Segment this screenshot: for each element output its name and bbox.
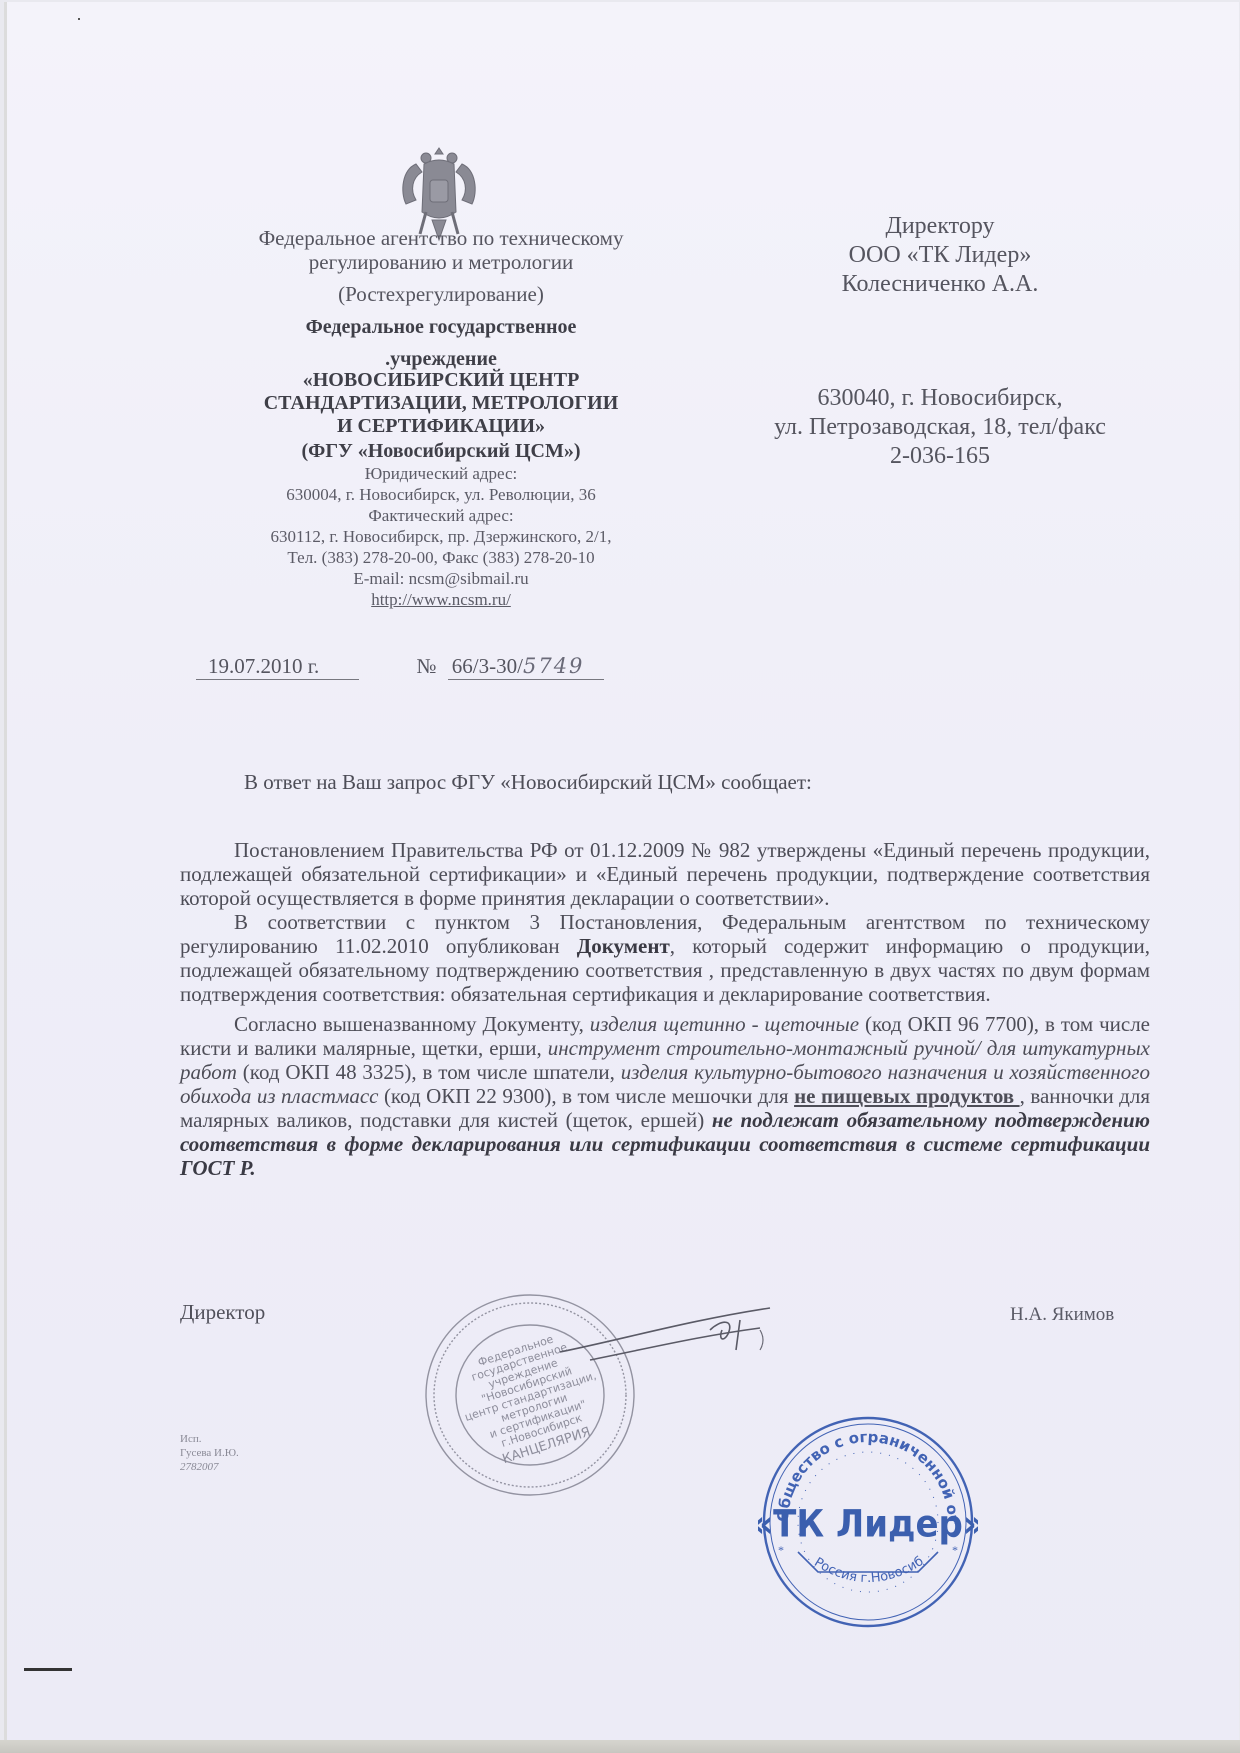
executor-name: Гусева И.Ю.	[180, 1446, 239, 1460]
registration-number-printed: 66/3-30/	[452, 654, 523, 678]
paragraph-1: Постановлением Правительства РФ от 01.12…	[180, 838, 1150, 910]
addressee-title: Директору	[760, 212, 1120, 241]
scan-speck	[78, 18, 80, 20]
org-name-3: И СЕРТИФИКАЦИИ»	[236, 415, 646, 438]
signatory-position: Директор	[180, 1300, 265, 1325]
paragraph-2: В соответствии с пунктом 3 Постановления…	[180, 910, 1150, 1006]
registration-date: 19.07.2010 г.	[196, 654, 359, 680]
org-short: (ФГУ «Новосибирский ЦСМ»)	[236, 440, 646, 463]
p3-non-food: не пищевых продуктов	[794, 1084, 1020, 1108]
agency-name-2: регулированию и метрологии	[236, 250, 646, 274]
letterhead: Федеральное агентство по техническому ре…	[236, 226, 646, 610]
addressee-address-3: 2-036-165	[720, 442, 1160, 471]
registration-number: 66/3-30/5749	[448, 654, 605, 680]
addressee-address-2: ул. Петрозаводская, 18, тел/факс	[720, 413, 1160, 442]
actual-address-label: Фактический адрес:	[236, 505, 646, 526]
document-term: Документ	[577, 934, 670, 958]
p3-text-a: Согласно вышеназванному Документу,	[234, 1012, 590, 1036]
org-name-2: СТАНДАРТИЗАЦИИ, МЕТРОЛОГИИ	[236, 392, 646, 415]
registration-line: 19.07.2010 г. № 66/3-30/5749	[196, 654, 604, 680]
p3-text-c: (код ОКП 48 3325), в том числе шпатели,	[237, 1060, 621, 1084]
addressee-name: Колесниченко А.А.	[760, 270, 1120, 299]
legal-address: 630004, г. Новосибирск, ул. Революции, 3…	[236, 484, 646, 505]
paragraph-3: Согласно вышеназванному Документу, издел…	[180, 1012, 1150, 1180]
registration-number-handwritten: 5749	[523, 654, 584, 678]
executor-label: Исп.	[180, 1432, 239, 1446]
executor-info: Исп. Гусева И.Ю. 2782007	[180, 1432, 239, 1474]
svg-text:*: *	[778, 1543, 784, 1557]
letter-body: Постановлением Правительства РФ от 01.12…	[180, 838, 1150, 1180]
footer-mark	[24, 1668, 72, 1671]
agency-name: Федеральное агентство по техническому	[236, 226, 646, 250]
actual-address: 630112, г. Новосибирск, пр. Дзержинского…	[236, 526, 646, 547]
page-edge	[0, 1740, 1240, 1753]
org-type: Федеральное государственное	[236, 316, 646, 339]
svg-text:«ТК Лидер»: «ТК Лидер»	[758, 1503, 978, 1546]
signature-icon	[560, 1300, 780, 1370]
svg-text:*: *	[952, 1543, 958, 1557]
addressee-address-1: 630040, г. Новосибирск,	[720, 384, 1160, 413]
phone-fax: Тел. (383) 278-20-00, Факс (383) 278-20-…	[236, 547, 646, 568]
executor-phone: 2782007	[180, 1460, 239, 1474]
p3-item-brushes: изделия щетинно - щеточные	[590, 1012, 859, 1036]
website-link[interactable]: http://www.ncsm.ru/	[236, 589, 646, 610]
addressee-company: ООО «ТК Лидер»	[760, 241, 1120, 270]
org-name-1: «НОВОСИБИРСКИЙ ЦЕНТР	[236, 369, 646, 392]
org-type-2: .учреждение	[236, 349, 646, 369]
agency-short: (Ростехрегулирование)	[236, 282, 646, 306]
intro-text: В ответ на Ваш запрос ФГУ «Новосибирский…	[180, 770, 1150, 794]
letter-intro: В ответ на Ваш запрос ФГУ «Новосибирский…	[180, 770, 1150, 794]
addressee: Директору ООО «ТК Лидер» Колесниченко А.…	[760, 212, 1120, 299]
number-label: №	[417, 654, 437, 678]
signatory-name: Н.А. Якимов	[1010, 1304, 1114, 1326]
legal-address-label: Юридический адрес:	[236, 463, 646, 484]
company-stamp-icon: Общество с ограниченной ответственностью…	[758, 1412, 978, 1632]
email: E-mail: ncsm@sibmail.ru	[236, 568, 646, 589]
p3-text-d: (код ОКП 22 9300), в том числе мешочки д…	[378, 1084, 794, 1108]
addressee-address: 630040, г. Новосибирск, ул. Петрозаводск…	[720, 384, 1160, 471]
